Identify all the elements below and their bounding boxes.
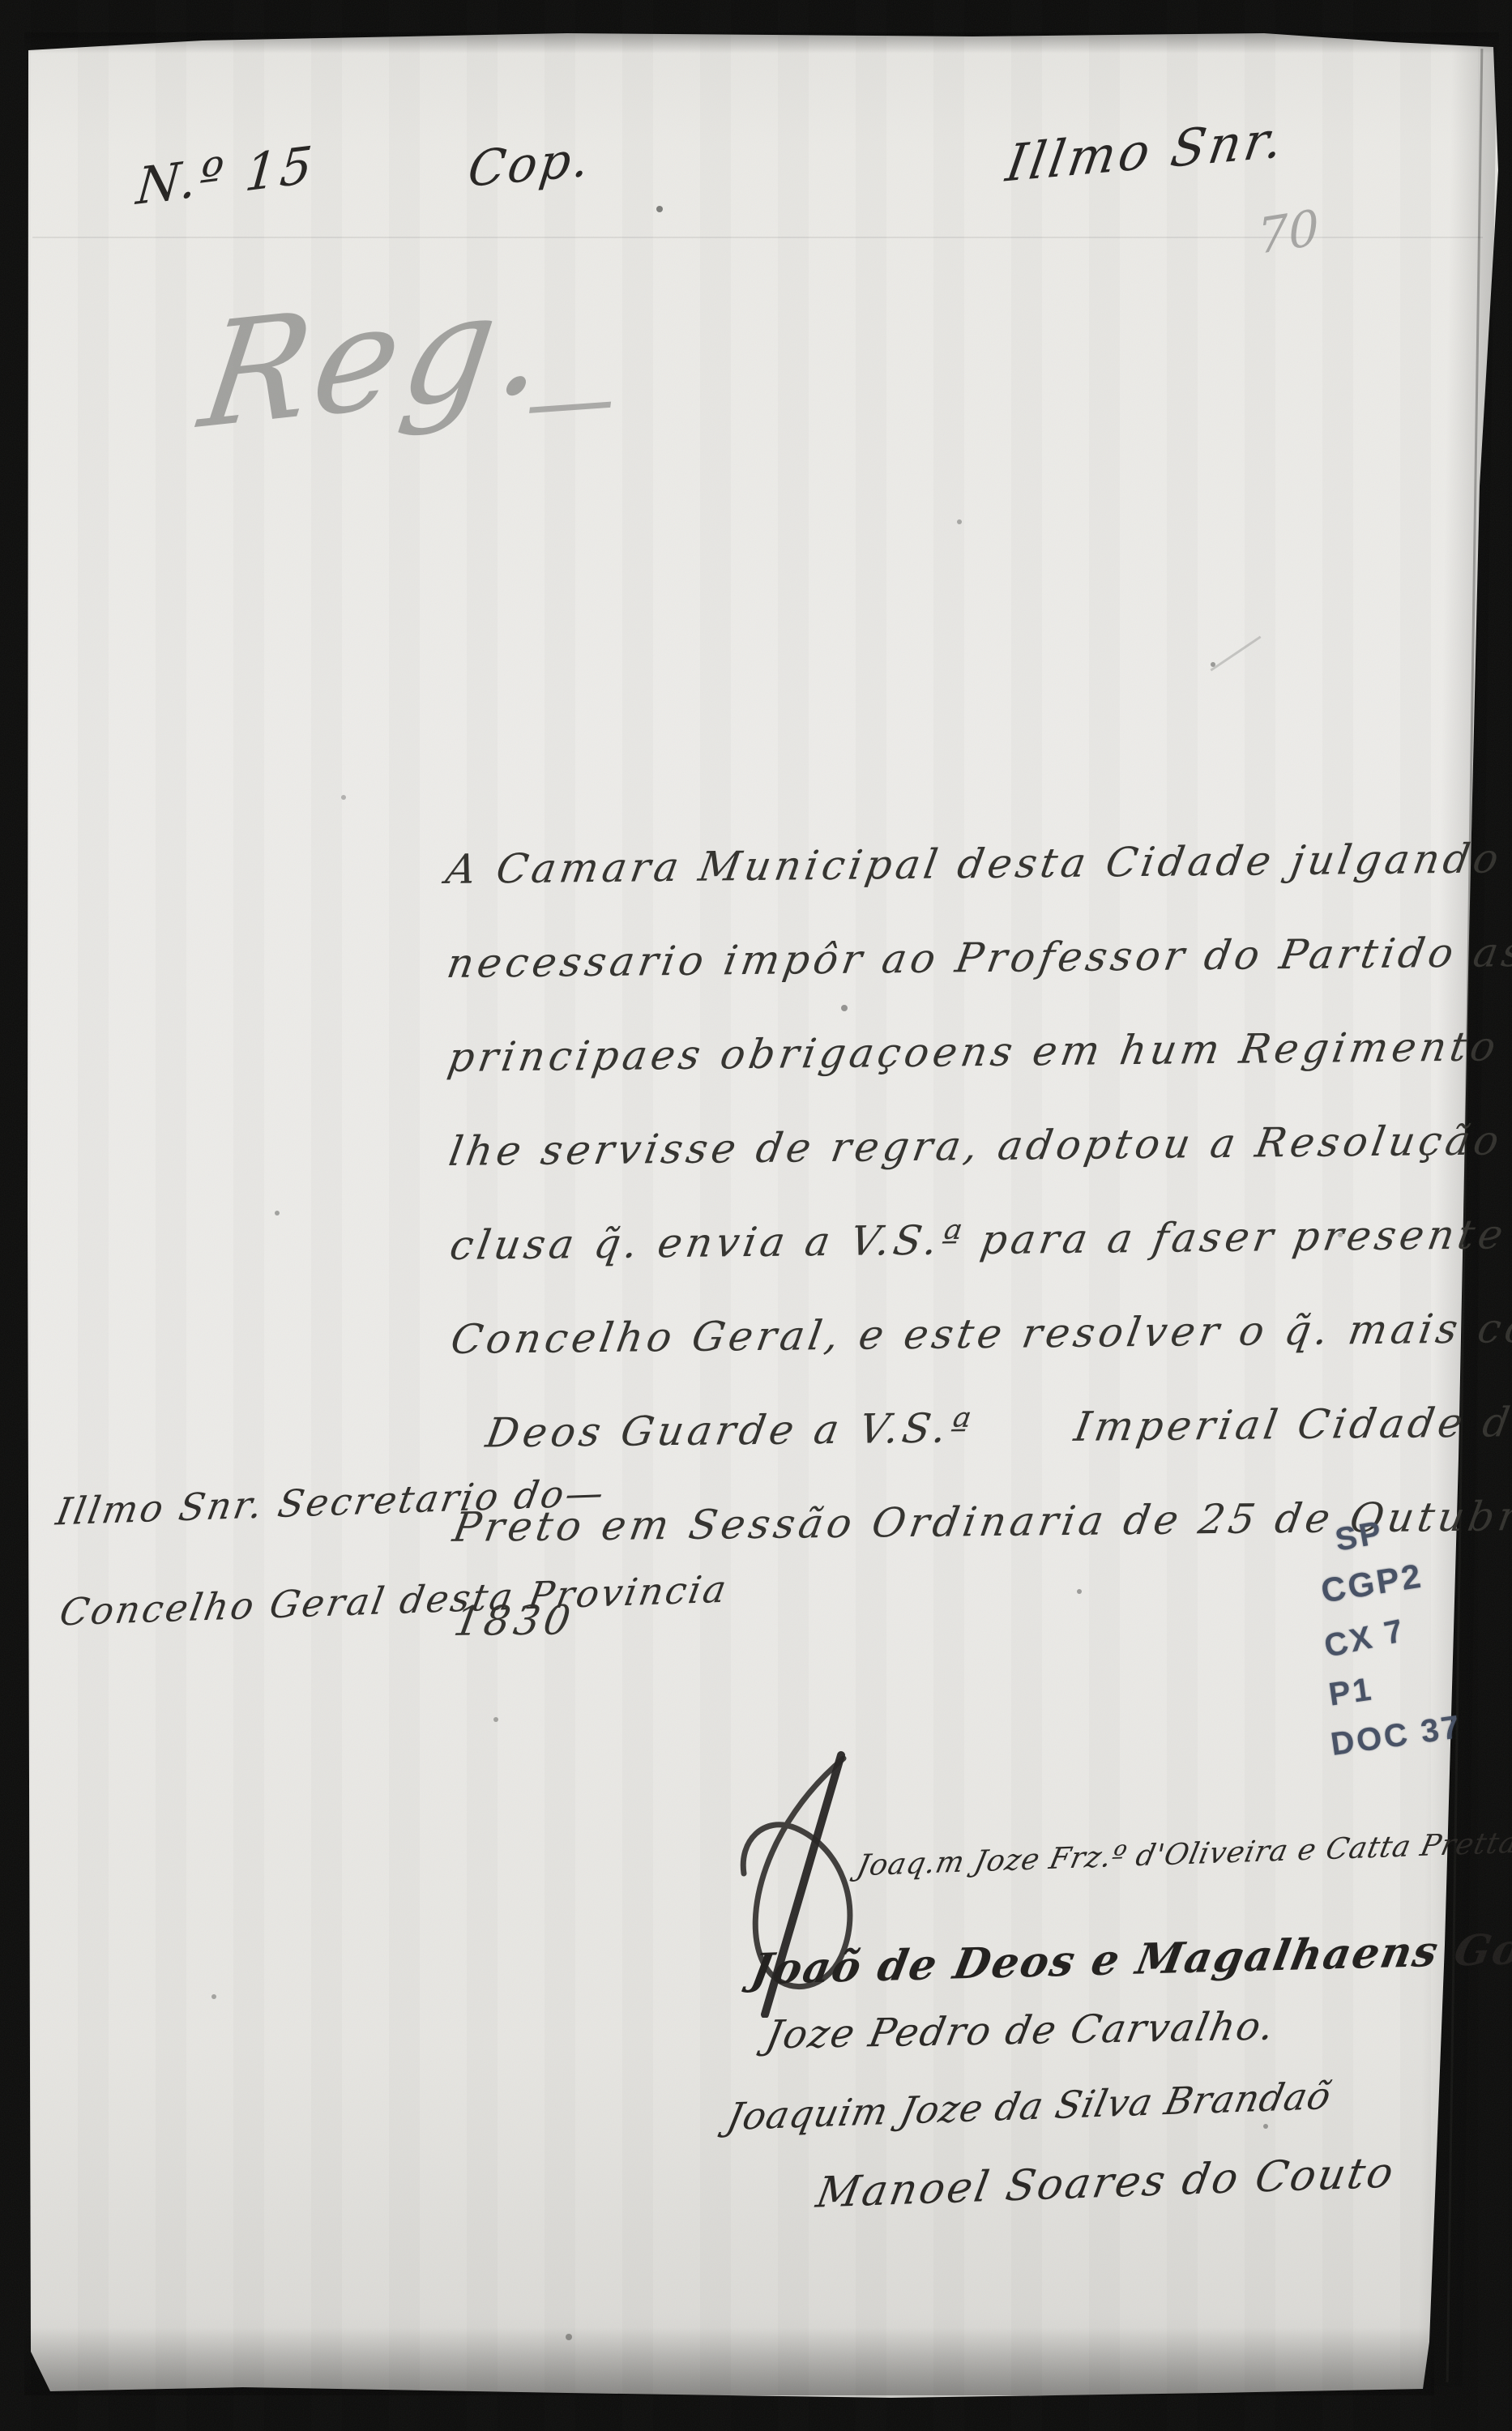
addressee-block: Illmo Snr. Secretario do— Concelho Geral… [54,1423,730,1678]
body-line: clusa q̃. envia a V.S.ª para a faser pre… [446,1201,1512,1277]
pencil-folio-number: 70 [1257,199,1321,266]
body-line: A Camara Municipal desta Cidade julgando [442,825,1512,901]
archival-code-folder: P1 [1326,1671,1376,1713]
signature: Joze Pedro de Carvalho. [762,2003,1279,2057]
addressee-line: Illmo Snr. Secretario do— [50,1453,730,1546]
body-line: Concelho Geral, e este resolver o q̃. ma… [446,1295,1512,1371]
copy-label: Cop. [465,130,595,199]
body-line: lhe servisse de regra, adoptou a Resoluç… [444,1107,1512,1183]
addressee-line: Concelho Geral desta Provincia [54,1553,734,1647]
scanned-manuscript-page: N.º 15 Cop. Illmo Snr. Reg. — 70 A Camar… [0,0,1512,2431]
body-line: necessario impôr ao Professor do Partido… [442,919,1512,995]
body-line: principaes obrigaçoens em hum Regimento … [443,1013,1512,1089]
paper-specks [0,0,3,3]
pencil-dash-mark: — [522,345,618,455]
